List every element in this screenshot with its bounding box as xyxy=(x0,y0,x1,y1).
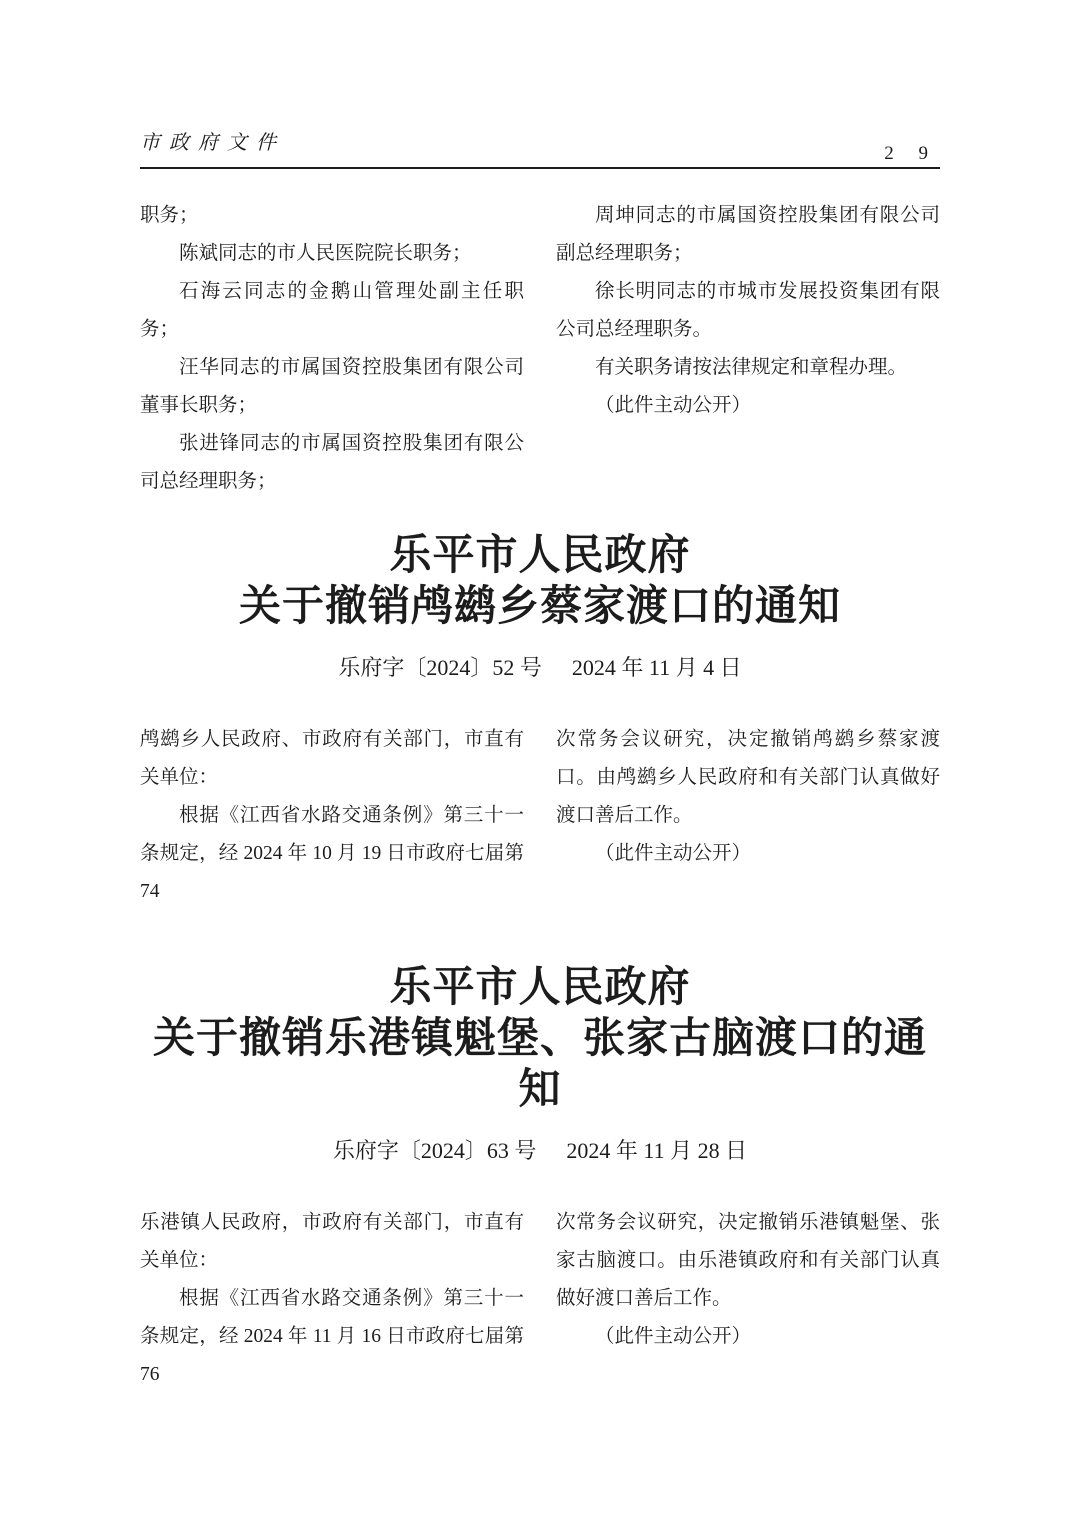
notice-2-title: 乐平市人民政府 关于撤销乐港镇魁堡、张家古脑渡口的通知 xyxy=(140,963,940,1116)
paragraph: 陈斌同志的市人民医院院长职务； xyxy=(140,235,524,273)
notice-1-right-column: 次常务会议研究，决定撤销鸬鹚乡蔡家渡口。由鸬鹚乡人民政府和有关部门认真做好渡口善… xyxy=(556,721,940,911)
paragraph: 周坤同志的市属国资控股集团有限公司副总经理职务； xyxy=(556,197,940,273)
document-page: 市政府文件 2 9 职务； 陈斌同志的市人民医院院长职务； 石海云同志的金鹅山管… xyxy=(0,0,1074,1520)
notice-1: 乐平市人民政府 关于撤销鸬鹚乡蔡家渡口的通知 乐府字〔2024〕52 号2024… xyxy=(140,531,940,911)
notice-1-body: 鸬鹚乡人民政府、市政府有关部门，市直有关单位： 根据《江西省水路交通条例》第三十… xyxy=(140,721,940,911)
notice-2-body: 乐港镇人民政府，市政府有关部门，市直有关单位： 根据《江西省水路交通条例》第三十… xyxy=(140,1204,940,1394)
paragraph: 次常务会议研究，决定撤销乐港镇魁堡、张家古脑渡口。由乐港镇政府和有关部门认真做好… xyxy=(556,1204,940,1318)
notice-1-left-column: 鸬鹚乡人民政府、市政府有关部门，市直有关单位： 根据《江西省水路交通条例》第三十… xyxy=(140,721,524,911)
paragraph: 石海云同志的金鹅山管理处副主任职务； xyxy=(140,273,524,349)
notice-title-line-1: 乐平市人民政府 xyxy=(140,963,940,1014)
paragraph: 徐长明同志的市城市发展投资集团有限公司总经理职务。 xyxy=(556,273,940,349)
continuation-left-column: 职务； 陈斌同志的市人民医院院长职务； 石海云同志的金鹅山管理处副主任职务； 汪… xyxy=(140,197,524,501)
paragraph: 汪华同志的市属国资控股集团有限公司董事长职务； xyxy=(140,349,524,425)
page-header: 市政府文件 2 9 xyxy=(140,0,940,169)
paragraph: 根据《江西省水路交通条例》第三十一条规定，经 2024 年 11 月 16 日市… xyxy=(140,1280,524,1394)
paragraph: （此件主动公开） xyxy=(556,835,940,873)
notice-2-left-column: 乐港镇人民政府，市政府有关部门，市直有关单位： 根据《江西省水路交通条例》第三十… xyxy=(140,1204,524,1394)
paragraph: 职务； xyxy=(140,197,524,235)
paragraph: 次常务会议研究，决定撤销鸬鹚乡蔡家渡口。由鸬鹚乡人民政府和有关部门认真做好渡口善… xyxy=(556,721,940,835)
notice-2-docline: 乐府字〔2024〕63 号2024 年 11 月 28 日 xyxy=(140,1136,940,1166)
doc-date: 2024 年 11 月 28 日 xyxy=(566,1138,747,1163)
notice-1-docline: 乐府字〔2024〕52 号2024 年 11 月 4 日 xyxy=(140,653,940,683)
doc-date: 2024 年 11 月 4 日 xyxy=(572,655,742,680)
continuation-right-column: 周坤同志的市属国资控股集团有限公司副总经理职务； 徐长明同志的市城市发展投资集团… xyxy=(556,197,940,501)
notice-1-title: 乐平市人民政府 关于撤销鸬鹚乡蔡家渡口的通知 xyxy=(140,531,940,633)
page-number: 2 9 xyxy=(884,143,940,167)
notice-2: 乐平市人民政府 关于撤销乐港镇魁堡、张家古脑渡口的通知 乐府字〔2024〕63 … xyxy=(140,963,940,1394)
paragraph: 张进锋同志的市属国资控股集团有限公司总经理职务； xyxy=(140,425,524,501)
paragraph: 鸬鹚乡人民政府、市政府有关部门，市直有关单位： xyxy=(140,721,524,797)
doc-number: 乐府字〔2024〕52 号 xyxy=(338,655,542,680)
paragraph: 根据《江西省水路交通条例》第三十一条规定，经 2024 年 10 月 19 日市… xyxy=(140,797,524,911)
notice-title-line-2: 关于撤销乐港镇魁堡、张家古脑渡口的通知 xyxy=(140,1014,940,1116)
paragraph: （此件主动公开） xyxy=(556,387,940,425)
notice-title-line-2: 关于撤销鸬鹚乡蔡家渡口的通知 xyxy=(140,582,940,633)
paragraph: （此件主动公开） xyxy=(556,1318,940,1356)
header-label: 市政府文件 xyxy=(140,126,285,167)
doc-number: 乐府字〔2024〕63 号 xyxy=(333,1138,537,1163)
paragraph: 乐港镇人民政府，市政府有关部门，市直有关单位： xyxy=(140,1204,524,1280)
paragraph: 有关职务请按法律规定和章程办理。 xyxy=(556,349,940,387)
continuation-section: 职务； 陈斌同志的市人民医院院长职务； 石海云同志的金鹅山管理处副主任职务； 汪… xyxy=(140,197,940,501)
notice-title-line-1: 乐平市人民政府 xyxy=(140,531,940,582)
notice-2-right-column: 次常务会议研究，决定撤销乐港镇魁堡、张家古脑渡口。由乐港镇政府和有关部门认真做好… xyxy=(556,1204,940,1394)
